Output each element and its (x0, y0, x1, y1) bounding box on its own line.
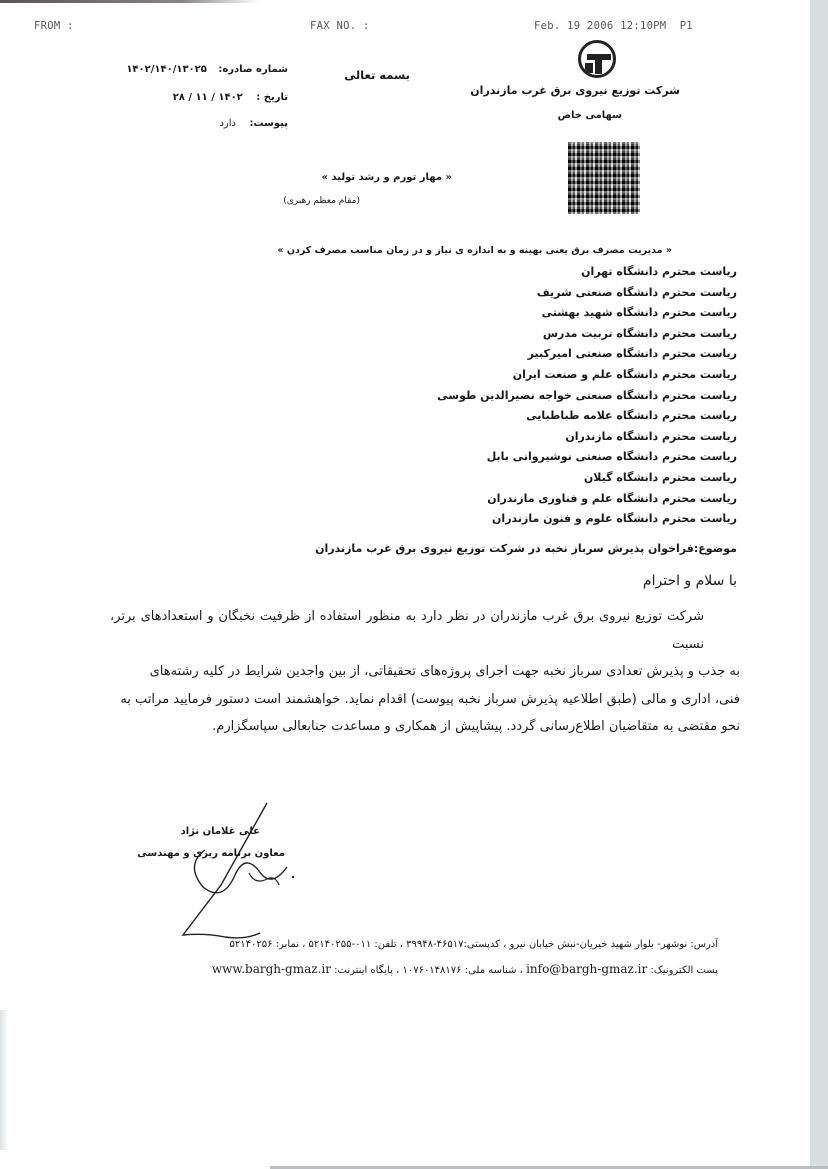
company-name: شرکت توزیع نیروی برق غرب مازندران (470, 84, 680, 97)
company-type: سهامی خاص (558, 110, 622, 121)
year-slogan: « مهار تورم و رشد تولید » (322, 172, 452, 183)
year-slogan-source: (مقام معظم رهبری) (283, 196, 360, 206)
energy-slogan: « مدیریت مصرف برق یعنی بهینه و به اندازه… (277, 245, 672, 256)
recipient: ریاست محترم دانشگاه مازندران (437, 427, 737, 448)
body-line: نحو مقتضی به متقاضیان اطلاع‌رسانی گردد. … (110, 713, 740, 741)
footer-national-id: ، شناسه ملی: ۱۰۷۶۰۱۴۸۱۷۶ ، پایگاه اینترن… (334, 965, 523, 976)
recipient: ریاست محترم دانشگاه صنعتی شریف (437, 283, 737, 304)
invocation: بسمه تعالی (344, 68, 410, 82)
recipient: ریاست محترم دانشگاه صنعتی امیرکبیر (437, 344, 737, 365)
recipient: ریاست محترم دانشگاه گیلان (437, 468, 737, 489)
fax-from-label: FROM : (34, 20, 74, 32)
fax-page: P1 (680, 20, 693, 32)
recipient: ریاست محترم دانشگاه علم و فناوری مازندرا… (437, 489, 737, 510)
fax-number-label: FAX NO. : (310, 20, 370, 32)
letter-attachment-label: پیوست: (249, 118, 288, 129)
body-line: فنی، اداری و مالی (طبق اطلاعیه پذیرش سرب… (110, 686, 740, 714)
qr-code-icon (568, 142, 640, 214)
letter-date-value: ۱۴۰۲ / ۱۱ / ۲۸ (173, 92, 243, 103)
footer-website-link[interactable]: www.bargh-gmaz.ir (212, 962, 331, 976)
letter-number: شماره صادره: ۱۴۰۲/۱۴۰/۱۳۰۲۵ (126, 64, 288, 75)
scan-edge-left (0, 1010, 8, 1150)
recipient: ریاست محترم دانشگاه صنعتی نوشیروانی بابل (437, 447, 737, 468)
footer-address: آدرس: نوشهر- بلوار شهید خیریان-نبش خیابا… (230, 939, 718, 950)
body-line: به جذب و پذیرش تعدادی سرباز نخبه جهت اجر… (110, 658, 740, 686)
footer-email-link[interactable]: info@bargh-gmaz.ir (526, 962, 647, 976)
letter-attachment-value: دارد (219, 118, 236, 129)
fax-timestamp: Feb. 19 2006 12:10PM P1 (534, 20, 693, 32)
fax-datetime: Feb. 19 2006 12:10PM (534, 20, 666, 32)
recipient: ریاست محترم دانشگاه تربیت مدرس (437, 324, 737, 345)
letter-number-label: شماره صادره: (218, 64, 288, 75)
greeting: با سلام و احترام (643, 573, 737, 589)
recipient: ریاست محترم دانشگاه تهران (437, 262, 737, 283)
handwritten-signature-icon (175, 795, 315, 945)
recipient: ریاست محترم دانشگاه علوم و فنون مازندران (437, 509, 737, 530)
letter-attachment: پیوست: دارد (219, 118, 288, 129)
letter-date: تاریخ : ۱۴۰۲ / ۱۱ / ۲۸ (173, 92, 288, 103)
scan-edge-top (0, 0, 260, 3)
recipient: ریاست محترم دانشگاه علم و صنعت ایران (437, 365, 737, 386)
letter-body: شرکت توزیع نیروی برق غرب مازندران در نظر… (110, 603, 740, 741)
recipient: ریاست محترم دانشگاه صنعتی خواجه نصیرالدی… (437, 386, 737, 407)
letter-date-label: تاریخ : (256, 92, 288, 103)
recipient-list: ریاست محترم دانشگاه تهران ریاست محترم دا… (437, 262, 737, 530)
scan-edge-right (810, 0, 828, 1169)
company-logo-icon (578, 40, 616, 78)
recipient: ریاست محترم دانشگاه علامه طباطبایی (437, 406, 737, 427)
letter-number-value: ۱۴۰۲/۱۴۰/۱۳۰۲۵ (126, 64, 207, 75)
recipient: ریاست محترم دانشگاه شهید بهشتی (437, 303, 737, 324)
footer-email-label: پست الکترونیک: (650, 965, 718, 976)
footer-contact: پست الکترونیک: info@bargh-gmaz.ir ، شناس… (212, 962, 718, 976)
letter-subject: موضوع:فراخوان پذیرش سرباز نخبه در شرکت ت… (315, 542, 737, 555)
body-line: شرکت توزیع نیروی برق غرب مازندران در نظر… (110, 603, 740, 658)
